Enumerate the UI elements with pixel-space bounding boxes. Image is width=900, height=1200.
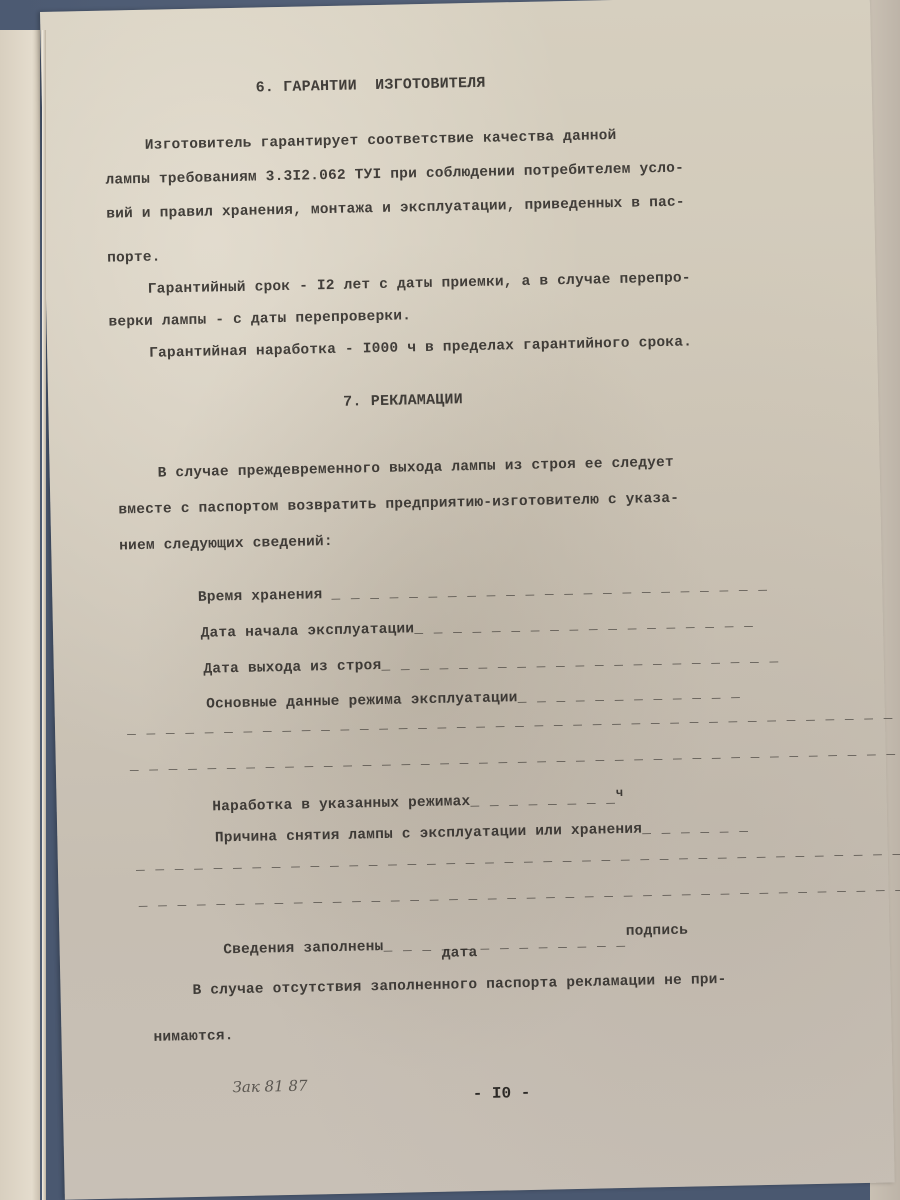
- field-label: Причина снятия лампы с эксплуатации или …: [215, 822, 643, 847]
- hours-unit: ч: [616, 786, 624, 800]
- field-label: Дата выхода из строя: [203, 658, 381, 678]
- blank-line: _ _ _ _ _ _ _ _ _ _ _ _ _ _ _ _ _ _ _ _ …: [138, 877, 900, 910]
- paragraph-line: верки лампы - с даты перепроверки.: [108, 308, 411, 330]
- paragraph-line: Гарантийная наработка - I000 ч в предела…: [149, 334, 692, 361]
- fill-line: _ _ _ _ _ _ _ _ _ _ _ _ _: [383, 934, 626, 955]
- page-fold-crease: [42, 30, 46, 1200]
- page-number: - I0 -: [473, 1084, 531, 1103]
- blank-line: _ _ _ _ _ _ _ _ _ _ _ _ _ _ _ _ _ _ _ _ …: [130, 741, 900, 774]
- paragraph-line: вместе с паспортом возвратить предприяти…: [118, 491, 679, 519]
- paragraph-line: нием следующих сведений:: [119, 534, 333, 554]
- signature-label: подпись: [626, 923, 689, 940]
- field-label: Основные данные режима эксплуатации: [206, 690, 518, 713]
- paragraph-line: порте.: [107, 250, 161, 267]
- paragraph-line: нимаются.: [153, 1028, 233, 1046]
- document-page: 6. ГАРАНТИИ ИЗГОТОВИТЕЛЯ Изготовитель га…: [40, 0, 895, 1200]
- fill-line: _ _ _ _ _ _ _ _ _ _ _ _ _ _ _ _ _ _: [414, 614, 754, 637]
- field-label: Сведения заполнены: [223, 939, 384, 958]
- fill-line: _ _ _ _ _ _ _ _ _ _ _ _: [517, 685, 740, 706]
- field-label: Время хранения: [198, 587, 323, 606]
- paragraph-line: Гарантийный срок - I2 лет с даты приемки…: [148, 270, 691, 297]
- paragraph-line: В случае отсутствия заполненного паспорт…: [192, 972, 726, 999]
- field-filled-by: Сведения заполнены_ _ _ _ _ _ _ _ _ _ _ …: [187, 917, 689, 975]
- fill-line: _ _ _ _ _ _: [642, 819, 749, 837]
- handwritten-order-note: Зак 81 87: [232, 1077, 307, 1097]
- section-7-heading: 7. РЕКЛАМАЦИИ: [343, 391, 463, 411]
- paragraph-line: Изготовитель гарантирует соответствие ка…: [145, 128, 617, 154]
- paragraph-line: В случае преждевременного выхода лампы и…: [158, 455, 675, 482]
- field-label: Дата начала эксплуатации: [200, 621, 414, 641]
- date-label: дата: [442, 945, 478, 962]
- section-6-heading: 6. ГАРАНТИИ ИЗГОТОВИТЕЛЯ: [255, 75, 485, 97]
- previous-page-edge: [0, 30, 40, 1200]
- paragraph-line: вий и правил хранения, монтажа и эксплуа…: [106, 195, 685, 223]
- paragraph-line: лампы требованиям 3.3I2.062 ТУI при собл…: [105, 161, 684, 189]
